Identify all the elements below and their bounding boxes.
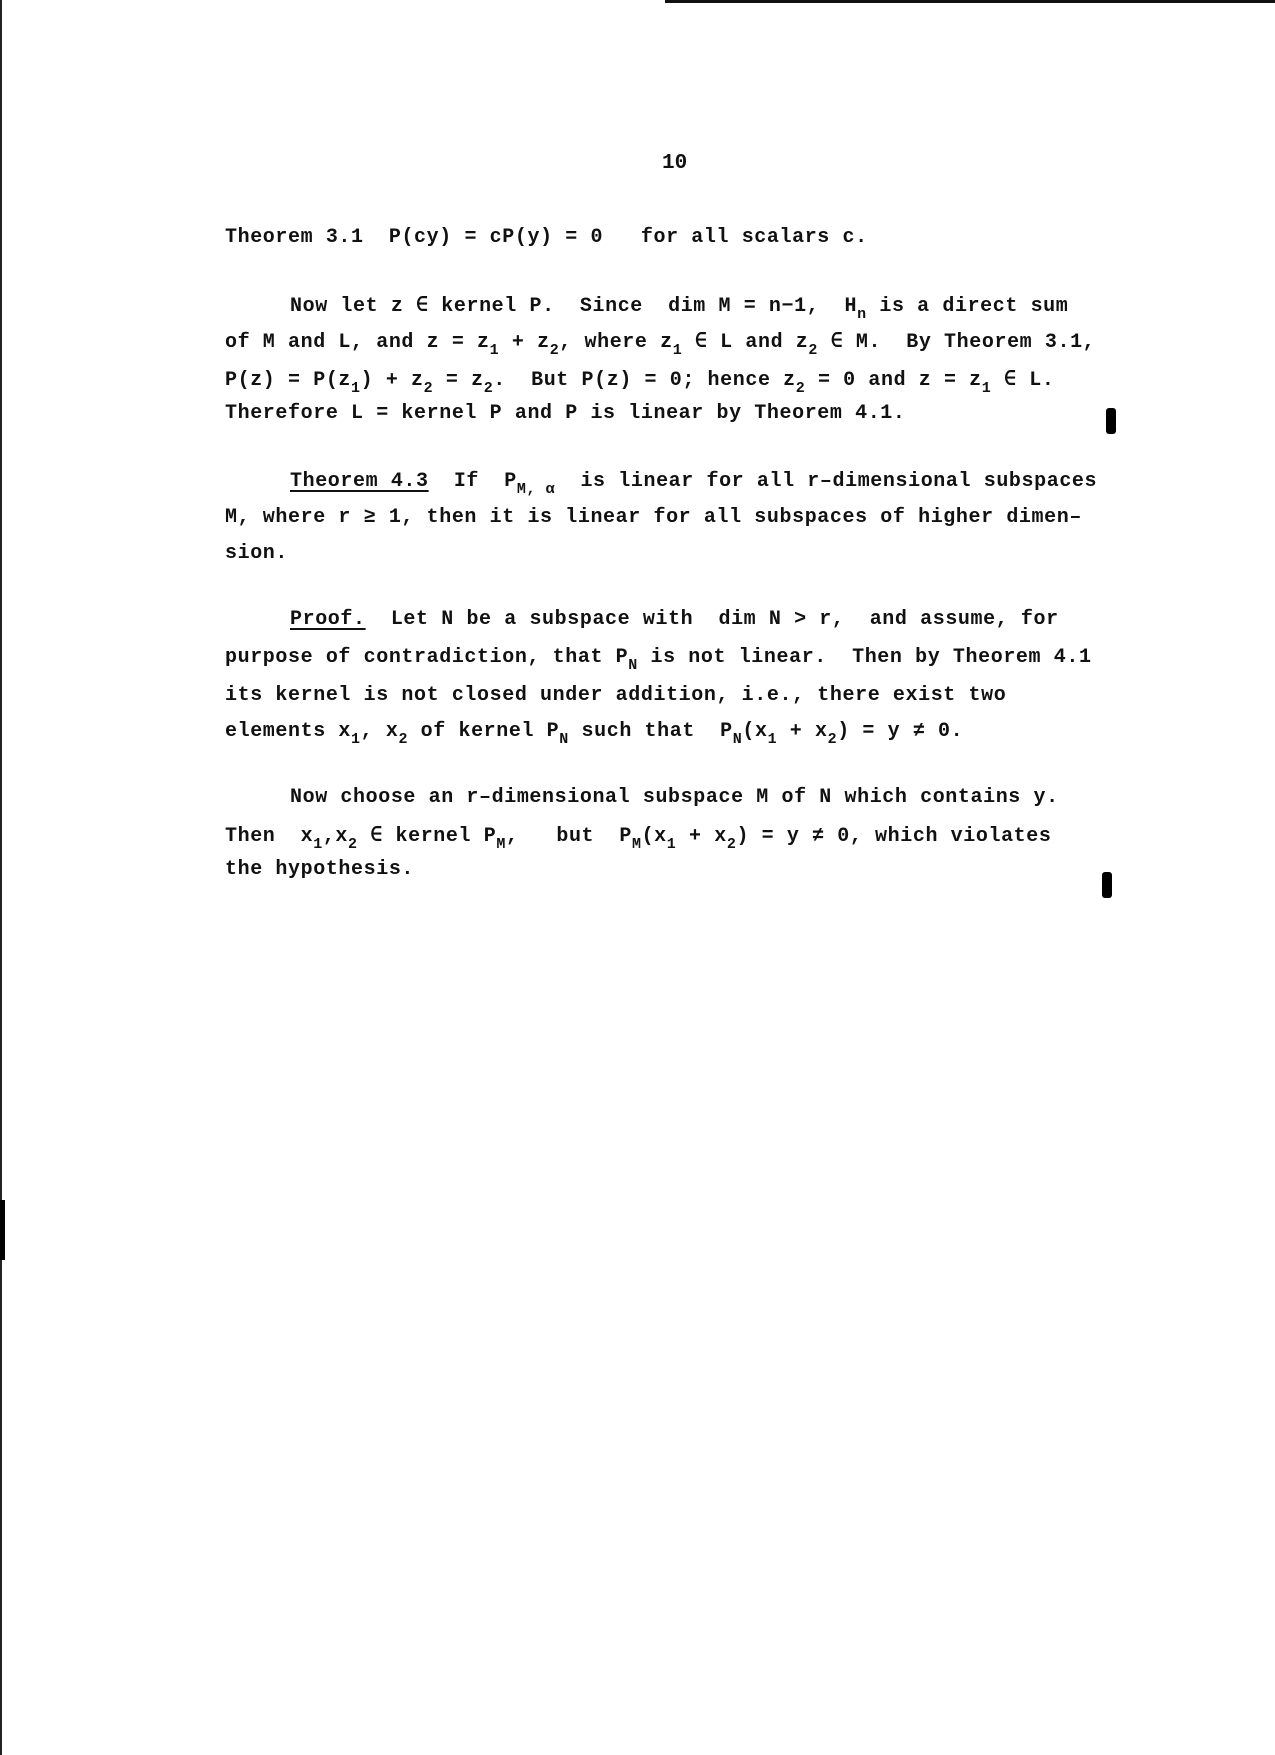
theorem-3-1-label: Theorem 3.1	[225, 226, 364, 249]
proof-4-3-line-3: its kernel is not closed under addition,…	[225, 684, 1006, 707]
theorem-4-3-line-2: M, where r ≥ 1, then it is linear for al…	[225, 506, 1082, 529]
proof-4-3-line-2: purpose of contradiction, that PN is not…	[225, 646, 1092, 669]
scan-left-edge	[0, 0, 2, 1755]
page-number: 10	[662, 152, 687, 175]
theorem-3-1: Theorem 3.1 P(cy) = cP(y) = 0 for all sc…	[225, 226, 868, 249]
proof-4-3-p2-line-2: Then x1,x2 ∈ kernel PM, but PM(x1 + x2) …	[225, 822, 1052, 848]
theorem-3-1-statement: P(cy) = cP(y) = 0 for all scalars c.	[389, 226, 868, 249]
proof-line-1: Now let z ∈ kernel P. Since dim M = n−1,…	[290, 292, 1068, 318]
proof-4-3-line-1: Proof. Let N be a subspace with dim N > …	[290, 608, 1059, 631]
proof-line-4: Therefore L = kernel P and P is linear b…	[225, 402, 906, 425]
scan-top-edge	[665, 0, 1275, 3]
proof-line-2: of M and L, and z = z1 + z2, where z1 ∈ …	[225, 328, 1095, 354]
proof-4-3-line-4: elements x1, x2 of kernel PN such that P…	[225, 720, 963, 743]
proof-label: Proof.	[290, 608, 366, 631]
theorem-4-3-line-3: sion.	[225, 542, 288, 565]
proof-line-3: P(z) = P(z1) + z2 = z2. But P(z) = 0; he…	[225, 366, 1054, 392]
scan-edge-mark	[0, 1200, 5, 1260]
theorem-4-3-label: Theorem 4.3	[290, 470, 429, 493]
qed-mark	[1102, 872, 1112, 898]
proof-4-3-p2-line-3: the hypothesis.	[225, 858, 414, 881]
proof-4-3-p2-line-1: Now choose an r–dimensional subspace M o…	[290, 786, 1059, 809]
theorem-4-3-line-1: Theorem 4.3 If PM, α is linear for all r…	[290, 470, 1097, 493]
qed-mark	[1106, 408, 1116, 434]
